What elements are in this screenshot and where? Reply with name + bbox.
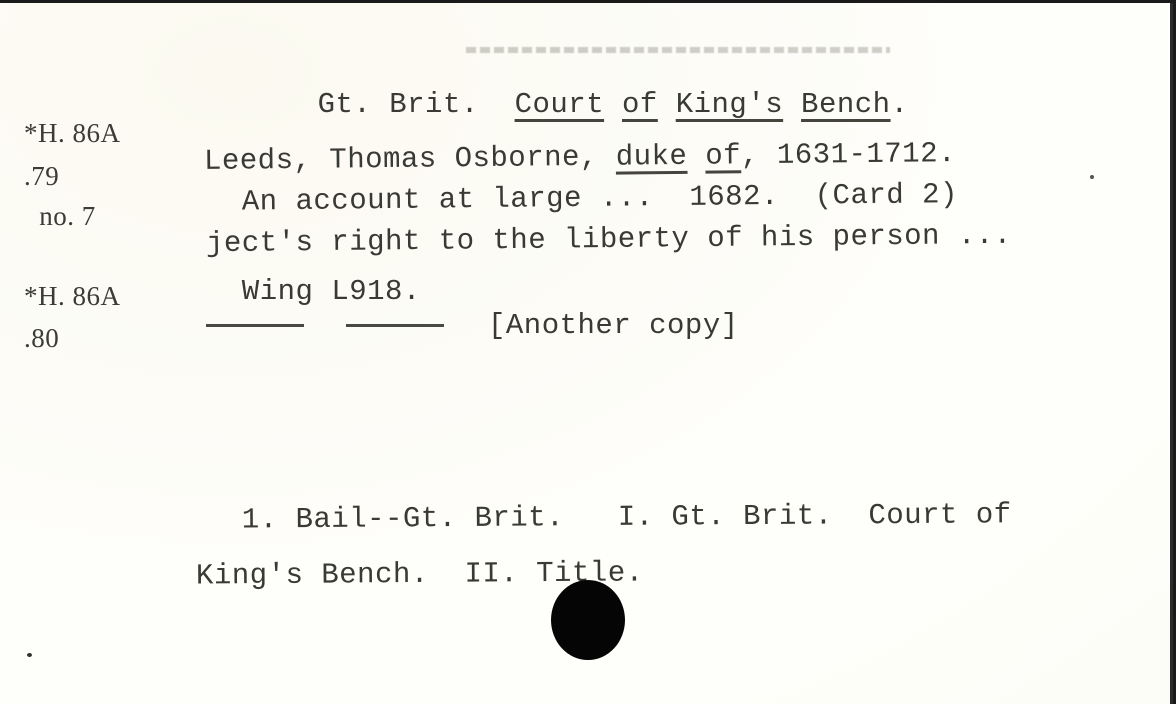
call-number-2-line-2: .80 xyxy=(24,325,59,352)
heading: Gt. Brit. Court of King's Bench. xyxy=(246,61,908,148)
call-number-2-line-1: *H. 86A xyxy=(24,283,121,310)
main-entry: Leeds, Thomas Osborne, duke of, 1631-171… xyxy=(204,139,956,176)
heading-prefix: Gt. Brit. xyxy=(318,88,479,121)
heading-word-court: Court xyxy=(515,88,605,121)
call-number-1-line-1: *H. 86A xyxy=(24,120,121,147)
punch-hole-icon xyxy=(551,580,625,660)
main-entry-of: of xyxy=(705,139,741,172)
call-number-1-line-3: no. 7 xyxy=(32,203,96,230)
ditto-dash-1 xyxy=(206,324,304,327)
wing-reference: Wing L918. xyxy=(206,277,421,306)
heading-word-of: of xyxy=(622,88,658,121)
heading-word-bench: Bench xyxy=(801,88,891,121)
heading-suffix: . xyxy=(891,88,909,121)
ink-speck xyxy=(27,653,32,657)
ditto-dash-2 xyxy=(346,324,444,327)
heading-word-kings: King's xyxy=(676,88,783,121)
catalog-card: Gt. Brit. Court of King's Bench. *H. 86A… xyxy=(0,3,1173,704)
main-entry-duke: duke xyxy=(616,140,688,174)
faded-overstrike xyxy=(466,47,890,53)
another-copy-line: [Another copy] xyxy=(206,311,739,340)
call-number-1-line-2: .79 xyxy=(24,163,59,190)
tracings-line-1: 1. Bail--Gt. Brit. I. Gt. Brit. Court of xyxy=(206,500,1012,535)
ink-speck xyxy=(1090,175,1094,179)
main-entry-dates: , 1631-1712. xyxy=(741,137,956,172)
main-entry-name: Leeds, Thomas Osborne, xyxy=(204,141,616,178)
title-line: An account at large ... 1682. (Card 2) xyxy=(206,180,958,217)
another-copy-note: [Another copy] xyxy=(488,309,739,342)
title-continuation: ject's right to the liberty of his perso… xyxy=(206,221,1012,258)
